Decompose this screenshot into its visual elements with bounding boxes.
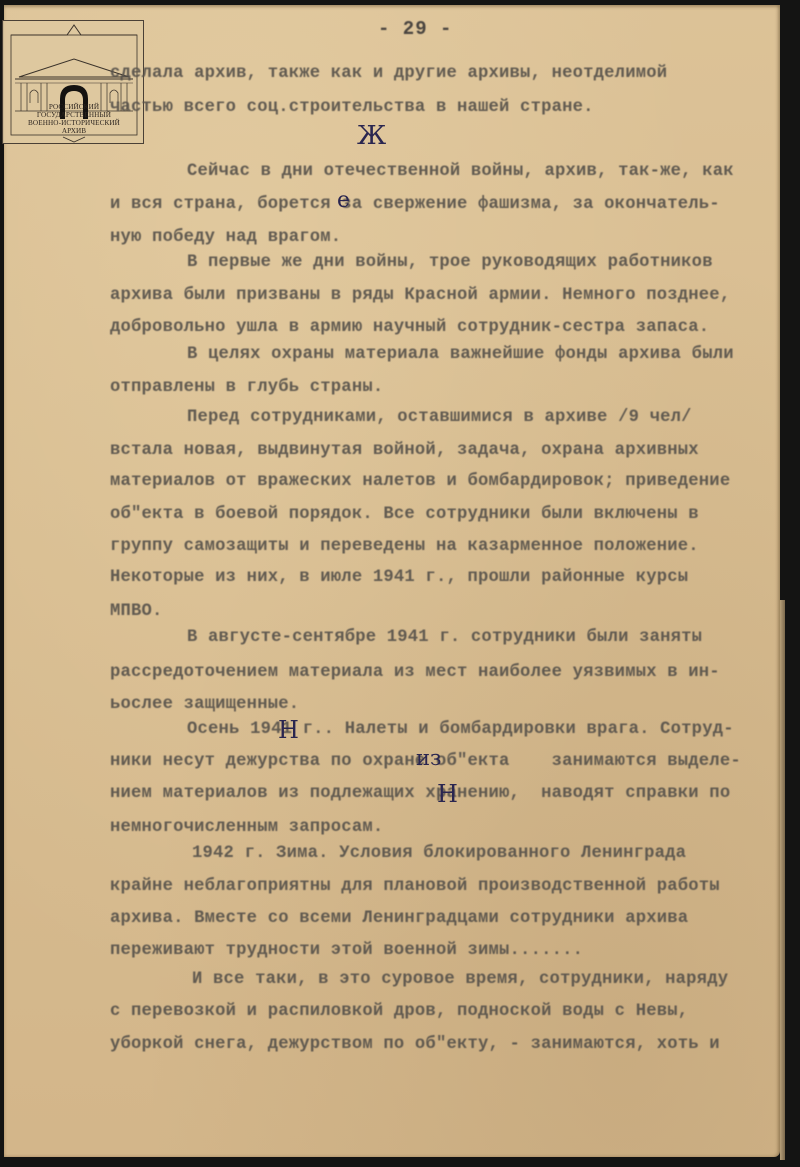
underlying-page-edge <box>780 600 785 1160</box>
text-line: сделала архив, также как и другие архивы… <box>110 64 667 83</box>
text-line: материалов от вражеских налетов и бомбар… <box>110 472 730 491</box>
text-line: и вся страна, борется за свержение фашиз… <box>110 195 720 214</box>
text-line: архива. Вместе со всеми Ленинградцами со… <box>110 909 688 928</box>
text-line: нием материалов из подлежащих хранению, … <box>110 784 730 803</box>
text-line: группу самозащиты и переведены на казарм… <box>110 537 699 556</box>
handwritten-asterisk-mark: Ж <box>357 123 386 149</box>
text-line: добровольно ушла в армию научный сотрудн… <box>110 318 709 337</box>
text-line: немногочисленным запросам. <box>110 818 383 837</box>
handwritten-correction: Н <box>278 718 299 742</box>
text-line: Некоторые из них, в июле 1941 г., прошли… <box>110 568 688 587</box>
text-line: МПВО. <box>110 602 163 621</box>
text-line: рассредоточением материала из мест наибо… <box>110 663 720 682</box>
text-line: Перед сотрудниками, оставшимися в архиве… <box>187 408 692 427</box>
scanned-document: РОССИЙСКИЙ ГОСУДАРСТВЕННЫЙ ВОЕННО-ИСТОРИ… <box>0 0 800 1167</box>
text-line: частью всего соц.строительства в нашей с… <box>110 98 594 117</box>
archive-stamp-line-4: АРХИВ <box>3 127 145 135</box>
text-line: Осень 1941 г.. Налеты и бомбардировки вр… <box>187 720 734 739</box>
text-line: В первые же дни войны, трое руководящих … <box>187 253 713 272</box>
text-line: В августе-сентябре 1941 г. сотрудники бы… <box>187 628 702 647</box>
handwritten-correction: е <box>337 190 350 212</box>
handwritten-correction: из <box>416 748 441 769</box>
text-line: переживают трудности этой военной зимы..… <box>110 941 583 960</box>
archive-stamp-line-3: ВОЕННО-ИСТОРИЧЕСКИЙ <box>3 119 145 127</box>
text-line: крайне неблагоприятны для плановой произ… <box>110 877 720 896</box>
text-line: уборкой снега, дежурством по об"екту, - … <box>110 1035 720 1054</box>
text-line: с перевозкой и распиловкой дров, подноск… <box>110 1002 688 1021</box>
text-line: архива были призваны в ряды Красной арми… <box>110 286 730 305</box>
text-line: об"екта в боевой порядок. Все сотрудники… <box>110 505 699 524</box>
text-line: ьослее защищенные. <box>110 695 299 714</box>
text-line: 1942 г. Зима. Условия блокированного Лен… <box>192 844 686 863</box>
handwritten-correction: Н <box>437 782 458 806</box>
text-line: В целях охраны материала важнейшие фонды… <box>187 345 734 364</box>
text-line: отправлены в глубь страны. <box>110 378 383 397</box>
text-line: Сейчас в дни отечественной войны, архив,… <box>187 162 734 181</box>
text-line: ную победу над врагом. <box>110 228 341 247</box>
text-line: И все таки, в это суровое время, сотрудн… <box>192 970 728 989</box>
text-line: встала новая, выдвинутая войной, задача,… <box>110 441 699 460</box>
page-number: - 29 - <box>378 18 452 40</box>
